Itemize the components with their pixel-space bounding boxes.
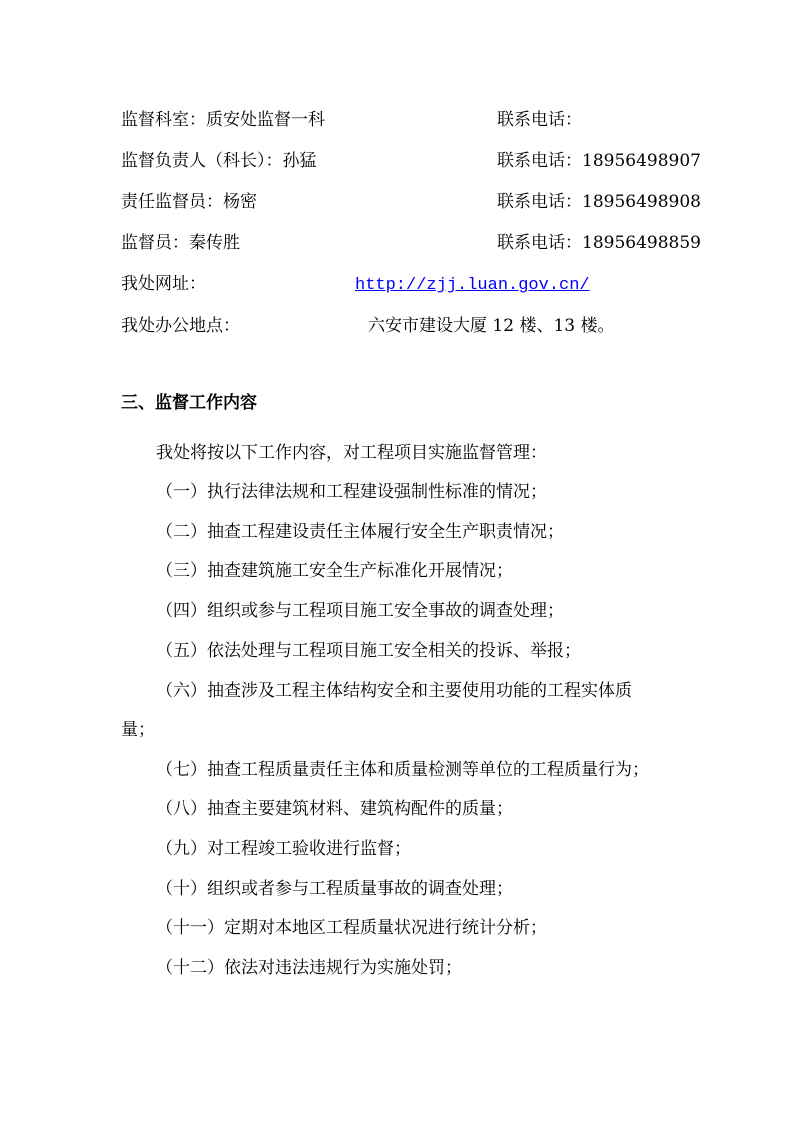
contact-responsible-phone: 联系电话：18956498908 [497, 192, 701, 212]
office-address: 六安市建设大厦 12 楼、13 楼。 [368, 316, 614, 336]
phone-number: 18956498907 [582, 151, 701, 171]
phone-number: 18956498859 [582, 233, 701, 253]
website-link-wrap: http://zjj.luan.gov.cn/ [355, 274, 590, 296]
contact-dept-phone: 联系电话： [497, 110, 582, 130]
list-item: （九）对工程竣工验收进行监督； [156, 839, 411, 859]
list-item: （五）依法处理与工程项目施工安全相关的投诉、举报； [156, 641, 581, 661]
phone-label: 联系电话： [497, 110, 582, 130]
phone-label: 联系电话： [497, 192, 582, 212]
contact-responsible-label: 责任监督员：杨密 [121, 192, 257, 212]
contact-dept-label: 监督科室：质安处监督一科 [121, 110, 325, 130]
contact-chief-label: 监督负责人（科长）：孙猛 [121, 151, 317, 171]
office-label: 我处办公地点： [121, 316, 240, 336]
contact-supervisor-phone: 联系电话：18956498859 [497, 233, 701, 253]
phone-number: 18956498908 [582, 192, 701, 212]
phone-label: 联系电话： [497, 233, 582, 253]
list-item: （十）组织或者参与工程质量事故的调查处理； [156, 879, 513, 899]
list-item: （八）抽查主要建筑材料、建筑构配件的质量； [156, 799, 513, 819]
website-link[interactable]: http://zjj.luan.gov.cn/ [355, 276, 590, 295]
list-item-continuation: 量； [121, 720, 155, 740]
list-item: （十一）定期对本地区工程质量状况进行统计分析； [156, 918, 547, 938]
list-item: （三）抽查建筑施工安全生产标准化开展情况； [156, 561, 513, 581]
list-item: （六）抽查涉及工程主体结构安全和主要使用功能的工程实体质 [156, 681, 632, 701]
contact-supervisor-label: 监督员：秦传胜 [121, 233, 240, 253]
section-intro: 我处将按以下工作内容，对工程项目实施监督管理： [156, 443, 547, 463]
list-item: （一）执行法律法规和工程建设强制性标准的情况； [156, 482, 547, 502]
website-label: 我处网址： [121, 274, 206, 294]
list-item: （二）抽查工程建设责任主体履行安全生产职责情况； [156, 522, 564, 542]
list-item: （十二）依法对违法违规行为实施处罚； [156, 958, 462, 978]
contact-chief-phone: 联系电话：18956498907 [497, 151, 701, 171]
list-item: （四）组织或参与工程项目施工安全事故的调查处理； [156, 601, 564, 621]
phone-label: 联系电话： [497, 151, 582, 171]
list-item: （七）抽查工程质量责任主体和质量检测等单位的工程质量行为； [156, 760, 649, 780]
section-title: 三、监督工作内容 [121, 393, 257, 413]
